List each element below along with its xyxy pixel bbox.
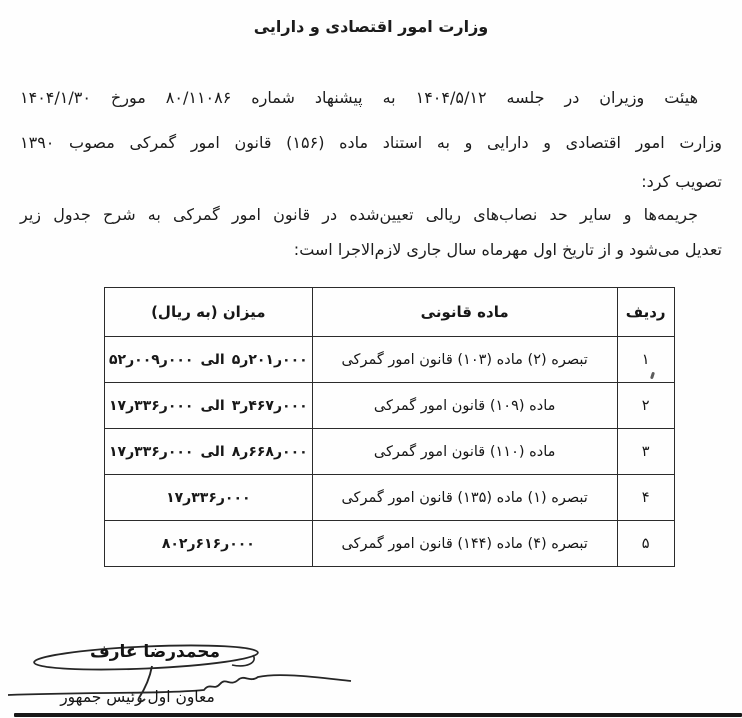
amount-value: ۱۷ر۳۳۶ر۰۰۰ [166,490,250,506]
amount-high: ۵۲ر۰۰۹ر۰۰۰ [109,352,193,368]
penalties-table: ردیف ماده قانونی میزان (به ریال) ۱ تبصره… [104,287,675,567]
header-article: ماده قانونی [312,288,617,337]
amount-cell: ۵۲ر۰۰۹ر۰۰۰ الی ۵ر۲۰۱ر۰۰۰ [105,337,313,383]
paragraph2-line1: جریمه‌ها و سایر حد نصاب‌های ریالی تعیین‌… [20,203,722,227]
row-no-cell: ۵ [617,521,674,567]
amount-high: ۱۷ر۳۳۶ر۰۰۰ [109,398,193,414]
article-cell: ماده (۱۰۹) قانون امور گمرکی [312,383,617,429]
table-header-row: ردیف ماده قانونی میزان (به ریال) [105,288,675,337]
amount-cell: ۱۷ر۳۳۶ر۰۰۰ [105,475,313,521]
amount-cell: ۱۷ر۳۳۶ر۰۰۰ الی ۳ر۴۶۷ر۰۰۰ [105,383,313,429]
table-row: ۲ ماده (۱۰۹) قانون امور گمرکی ۱۷ر۳۳۶ر۰۰۰… [105,383,675,429]
scanned-decree-page: وزارت امور اقتصادی و دارایی هیئت وزیران … [0,0,742,718]
table-row: ۴ تبصره (۱) ماده (۱۳۵) قانون امور گمرکی … [105,475,675,521]
amount-cell: ۱۷ر۳۳۶ر۰۰۰ الی ۸ر۶۶۸ر۰۰۰ [105,429,313,475]
signatory-name: محمدرضا عارف [65,641,245,663]
signatory-role: معاون اول رئیس جمهور [45,686,230,708]
article-cell: تبصره (۴) ماده (۱۴۴) قانون امور گمرکی [312,521,617,567]
table-row: ۵ تبصره (۴) ماده (۱۴۴) قانون امور گمرکی … [105,521,675,567]
header-amount: میزان (به ریال) [105,288,313,337]
amount-low: ۳ر۴۶۷ر۰۰۰ [232,398,308,414]
table-row: ۳ ماده (۱۱۰) قانون امور گمرکی ۱۷ر۳۳۶ر۰۰۰… [105,429,675,475]
amount-separator: الی [200,398,224,414]
article-cell: تبصره (۲) ماده (۱۰۳) قانون امور گمرکی [312,337,617,383]
amount-low: ۵ر۲۰۱ر۰۰۰ [232,352,308,368]
row-no-cell: ۲ [617,383,674,429]
paragraph1-line1: هیئت وزیران در جلسه ۱۴۰۴/۵/۱۲ به پیشنهاد… [20,86,722,110]
amount-single: ۱۷ر۳۳۶ر۰۰۰ [109,490,308,506]
paragraph1-line2: وزارت امور اقتصادی و دارایی و به استناد … [20,131,722,155]
header-row-no: ردیف [617,288,674,337]
amount-cell: ۸۰۲ر۶۱۶ر۰۰۰ [105,521,313,567]
table-row: ۱ تبصره (۲) ماده (۱۰۳) قانون امور گمرکی … [105,337,675,383]
amount-single: ۸۰۲ر۶۱۶ر۰۰۰ [109,536,308,552]
page-title: وزارت امور اقتصادی و دارایی [0,17,742,36]
amount-low: ۸ر۶۶۸ر۰۰۰ [232,444,308,460]
paragraph1-line3: تصویب کرد: [20,170,722,194]
amount-separator: الی [200,352,224,368]
signature-block: محمدرضا عارف معاون اول رئیس جمهور [0,635,380,718]
row-no-cell: ۱ [617,337,674,383]
row-no-cell: ۴ [617,475,674,521]
amount-range: ۱۷ر۳۳۶ر۰۰۰ الی ۳ر۴۶۷ر۰۰۰ [109,398,308,414]
amount-high: ۱۷ر۳۳۶ر۰۰۰ [109,444,193,460]
amount-range: ۵۲ر۰۰۹ر۰۰۰ الی ۵ر۲۰۱ر۰۰۰ [109,352,308,368]
article-cell: ماده (۱۱۰) قانون امور گمرکی [312,429,617,475]
scan-bottom-edge [14,713,742,717]
amount-separator: الی [200,444,224,460]
amount-range: ۱۷ر۳۳۶ر۰۰۰ الی ۸ر۶۶۸ر۰۰۰ [109,444,308,460]
amount-value: ۸۰۲ر۶۱۶ر۰۰۰ [162,536,255,552]
article-cell: تبصره (۱) ماده (۱۳۵) قانون امور گمرکی [312,475,617,521]
row-no-cell: ۳ [617,429,674,475]
paragraph2-line2: تعدیل می‌شود و از تاریخ اول مهرماه سال ج… [20,238,722,262]
